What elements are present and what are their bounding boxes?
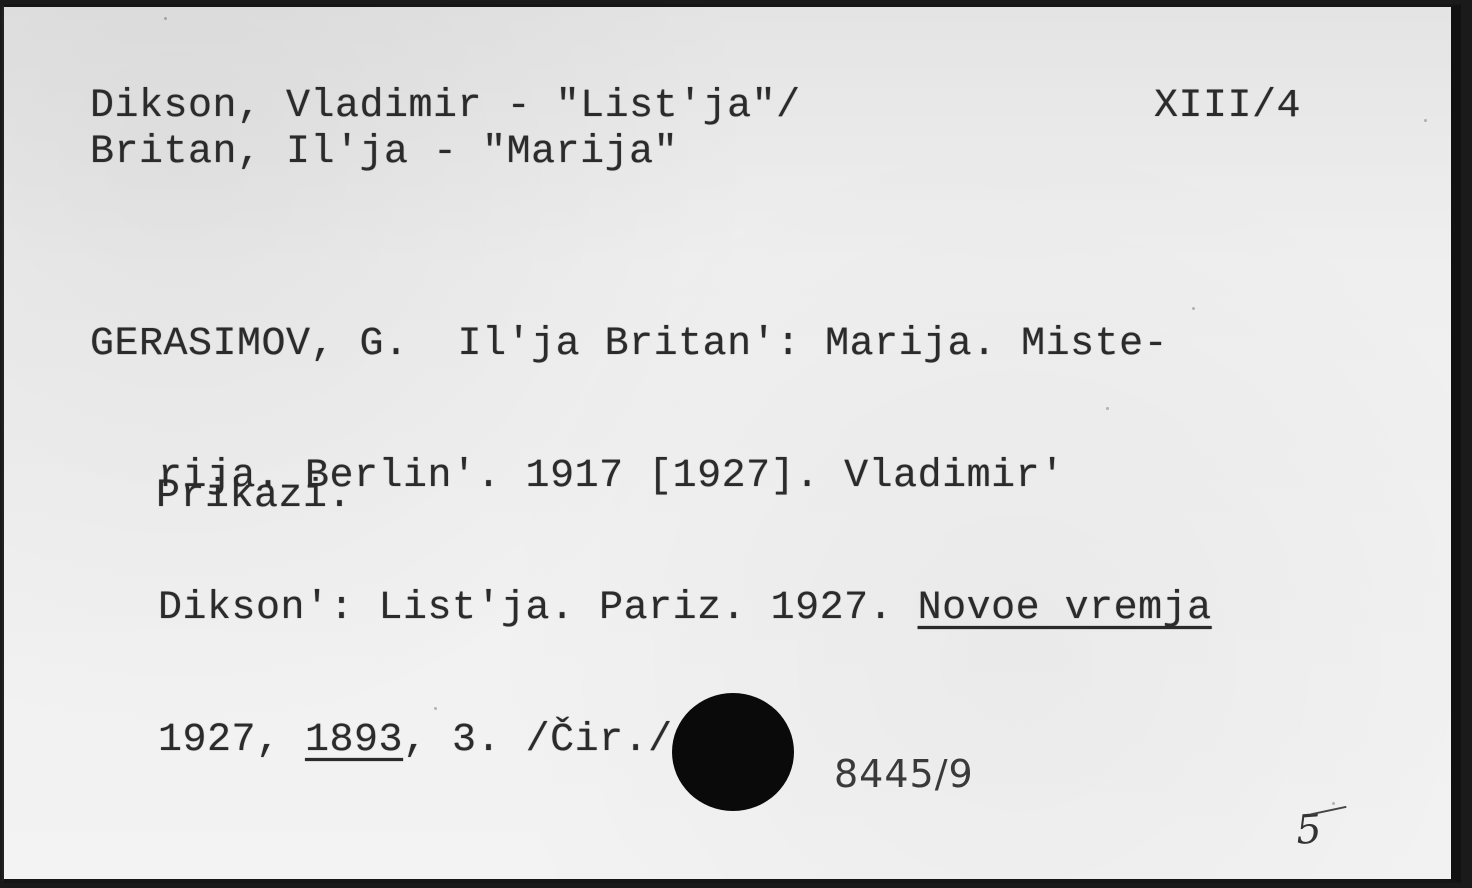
paper-speck xyxy=(1192,307,1195,310)
card-heading-line-1: Dikson, Vladimir - "List'ja"/ xyxy=(90,85,801,129)
periodical-title: Novoe vremja xyxy=(918,586,1212,631)
paper-speck xyxy=(1424,119,1427,122)
subject-heading: Prikazi. xyxy=(156,475,352,519)
entry-line-1: GERASIMOV, G. Il'ja Britan': Marija. Mis… xyxy=(90,323,1212,367)
entry-line-4: 1927, 1893, 3. /Čir./ xyxy=(90,719,1212,763)
entry-line-3-text: Dikson': List'ja. Pariz. 1927. xyxy=(158,586,918,631)
entry-line-4-prefix: 1927, xyxy=(158,718,305,763)
bibliographic-entry: GERASIMOV, G. Il'ja Britan': Marija. Mis… xyxy=(90,235,1212,851)
handwritten-mark: 5 xyxy=(1294,806,1323,854)
entry-line-3: Dikson': List'ja. Pariz. 1927. Novoe vre… xyxy=(90,587,1212,631)
paper-speck xyxy=(164,17,167,20)
issue-number: 1893 xyxy=(305,718,403,763)
catalog-card: Dikson, Vladimir - "List'ja"/ Britan, Il… xyxy=(2,4,1461,883)
classmark: XIII/4 xyxy=(1154,85,1301,129)
paper-speck xyxy=(1332,802,1335,805)
paper-speck xyxy=(434,707,437,710)
entry-line-4-suffix: , 3. /Čir./ xyxy=(403,718,673,763)
card-heading-line-2: Britan, Il'ja - "Marija" xyxy=(90,131,678,175)
punch-hole xyxy=(672,693,794,811)
paper-speck xyxy=(1106,407,1109,410)
accession-number: 8445/9 xyxy=(834,752,974,796)
